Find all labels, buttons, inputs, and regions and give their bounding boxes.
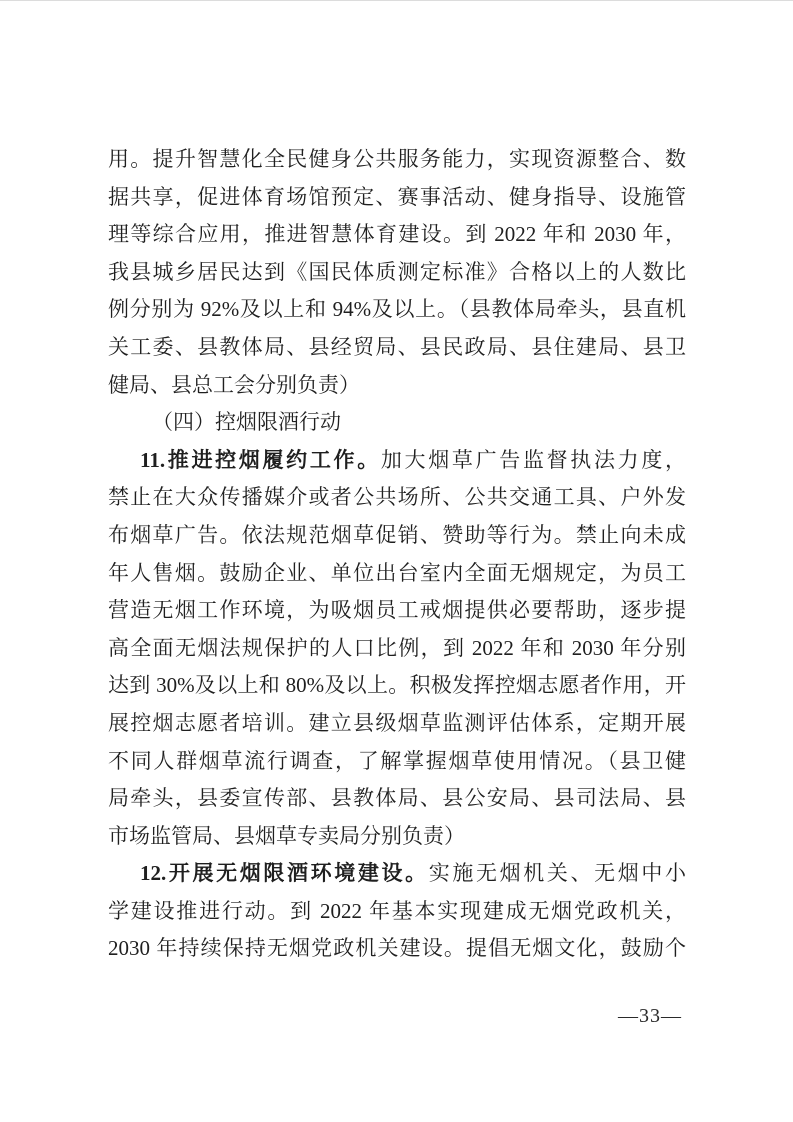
body-line: 据共享，促进体育场馆预定、赛事活动、健身指导、设施管 bbox=[108, 179, 686, 217]
body-line: 2030 年持续保持无烟党政机关建设。提倡无烟文化，鼓励个 bbox=[108, 930, 686, 968]
body-line: 关工委、县教体局、县经贸局、县民政局、县住建局、县卫 bbox=[108, 329, 686, 367]
item-11-text-start: 加大烟草广告监督执法力度， bbox=[381, 448, 686, 472]
item-12-title: 12.开展无烟限酒环境建设。 bbox=[140, 861, 429, 885]
body-line: 局牵头，县委宣传部、县教体局、县公安局、县司法局、县 bbox=[108, 780, 686, 818]
document-body: 用。提升智慧化全民健身公共服务能力，实现资源整合、数 据共享，促进体育场馆预定、… bbox=[108, 141, 686, 968]
body-line: 年人售烟。鼓励企业、单位出台室内全面无烟规定，为员工 bbox=[108, 555, 686, 593]
item-12-text-start: 实施无烟机关、无烟中小 bbox=[429, 861, 686, 885]
body-line: 达到 30%及以上和 80%及以上。积极发挥控烟志愿者作用，开 bbox=[108, 667, 686, 705]
body-line: 健局、县总工会分别负责） bbox=[108, 367, 686, 405]
body-line: 展控烟志愿者培训。建立县级烟草监测评估体系，定期开展 bbox=[108, 705, 686, 743]
body-line: 高全面无烟法规保护的人口比例，到 2022 年和 2030 年分别 bbox=[108, 630, 686, 668]
section-heading: （四）控烟限酒行动 bbox=[108, 404, 686, 442]
body-line: 例分别为 92%及以上和 94%及以上。（县教体局牵头，县直机 bbox=[108, 291, 686, 329]
body-line: 11.推进控烟履约工作。加大烟草广告监督执法力度， bbox=[108, 442, 686, 480]
document-page: 用。提升智慧化全民健身公共服务能力，实现资源整合、数 据共享，促进体育场馆预定、… bbox=[0, 0, 793, 1122]
item-11-title: 11.推进控烟履约工作。 bbox=[140, 448, 381, 472]
body-line: 营造无烟工作环境，为吸烟员工戒烟提供必要帮助，逐步提 bbox=[108, 592, 686, 630]
body-line: 市场监管局、县烟草专卖局分别负责） bbox=[108, 818, 686, 856]
body-line: 12.开展无烟限酒环境建设。实施无烟机关、无烟中小 bbox=[108, 855, 686, 893]
body-line: 用。提升智慧化全民健身公共服务能力，实现资源整合、数 bbox=[108, 141, 686, 179]
body-line: 禁止在大众传播媒介或者公共场所、公共交通工具、户外发 bbox=[108, 479, 686, 517]
body-line: 我县城乡居民达到《国民体质测定标准》合格以上的人数比 bbox=[108, 254, 686, 292]
body-line: 理等综合应用，推进智慧体育建设。到 2022 年和 2030 年， bbox=[108, 216, 686, 254]
page-number: —33— bbox=[618, 1003, 682, 1029]
body-line: 不同人群烟草流行调查，了解掌握烟草使用情况。（县卫健 bbox=[108, 743, 686, 781]
body-line: 布烟草广告。依法规范烟草促销、赞助等行为。禁止向未成 bbox=[108, 517, 686, 555]
body-line: 学建设推进行动。到 2022 年基本实现建成无烟党政机关， bbox=[108, 893, 686, 931]
